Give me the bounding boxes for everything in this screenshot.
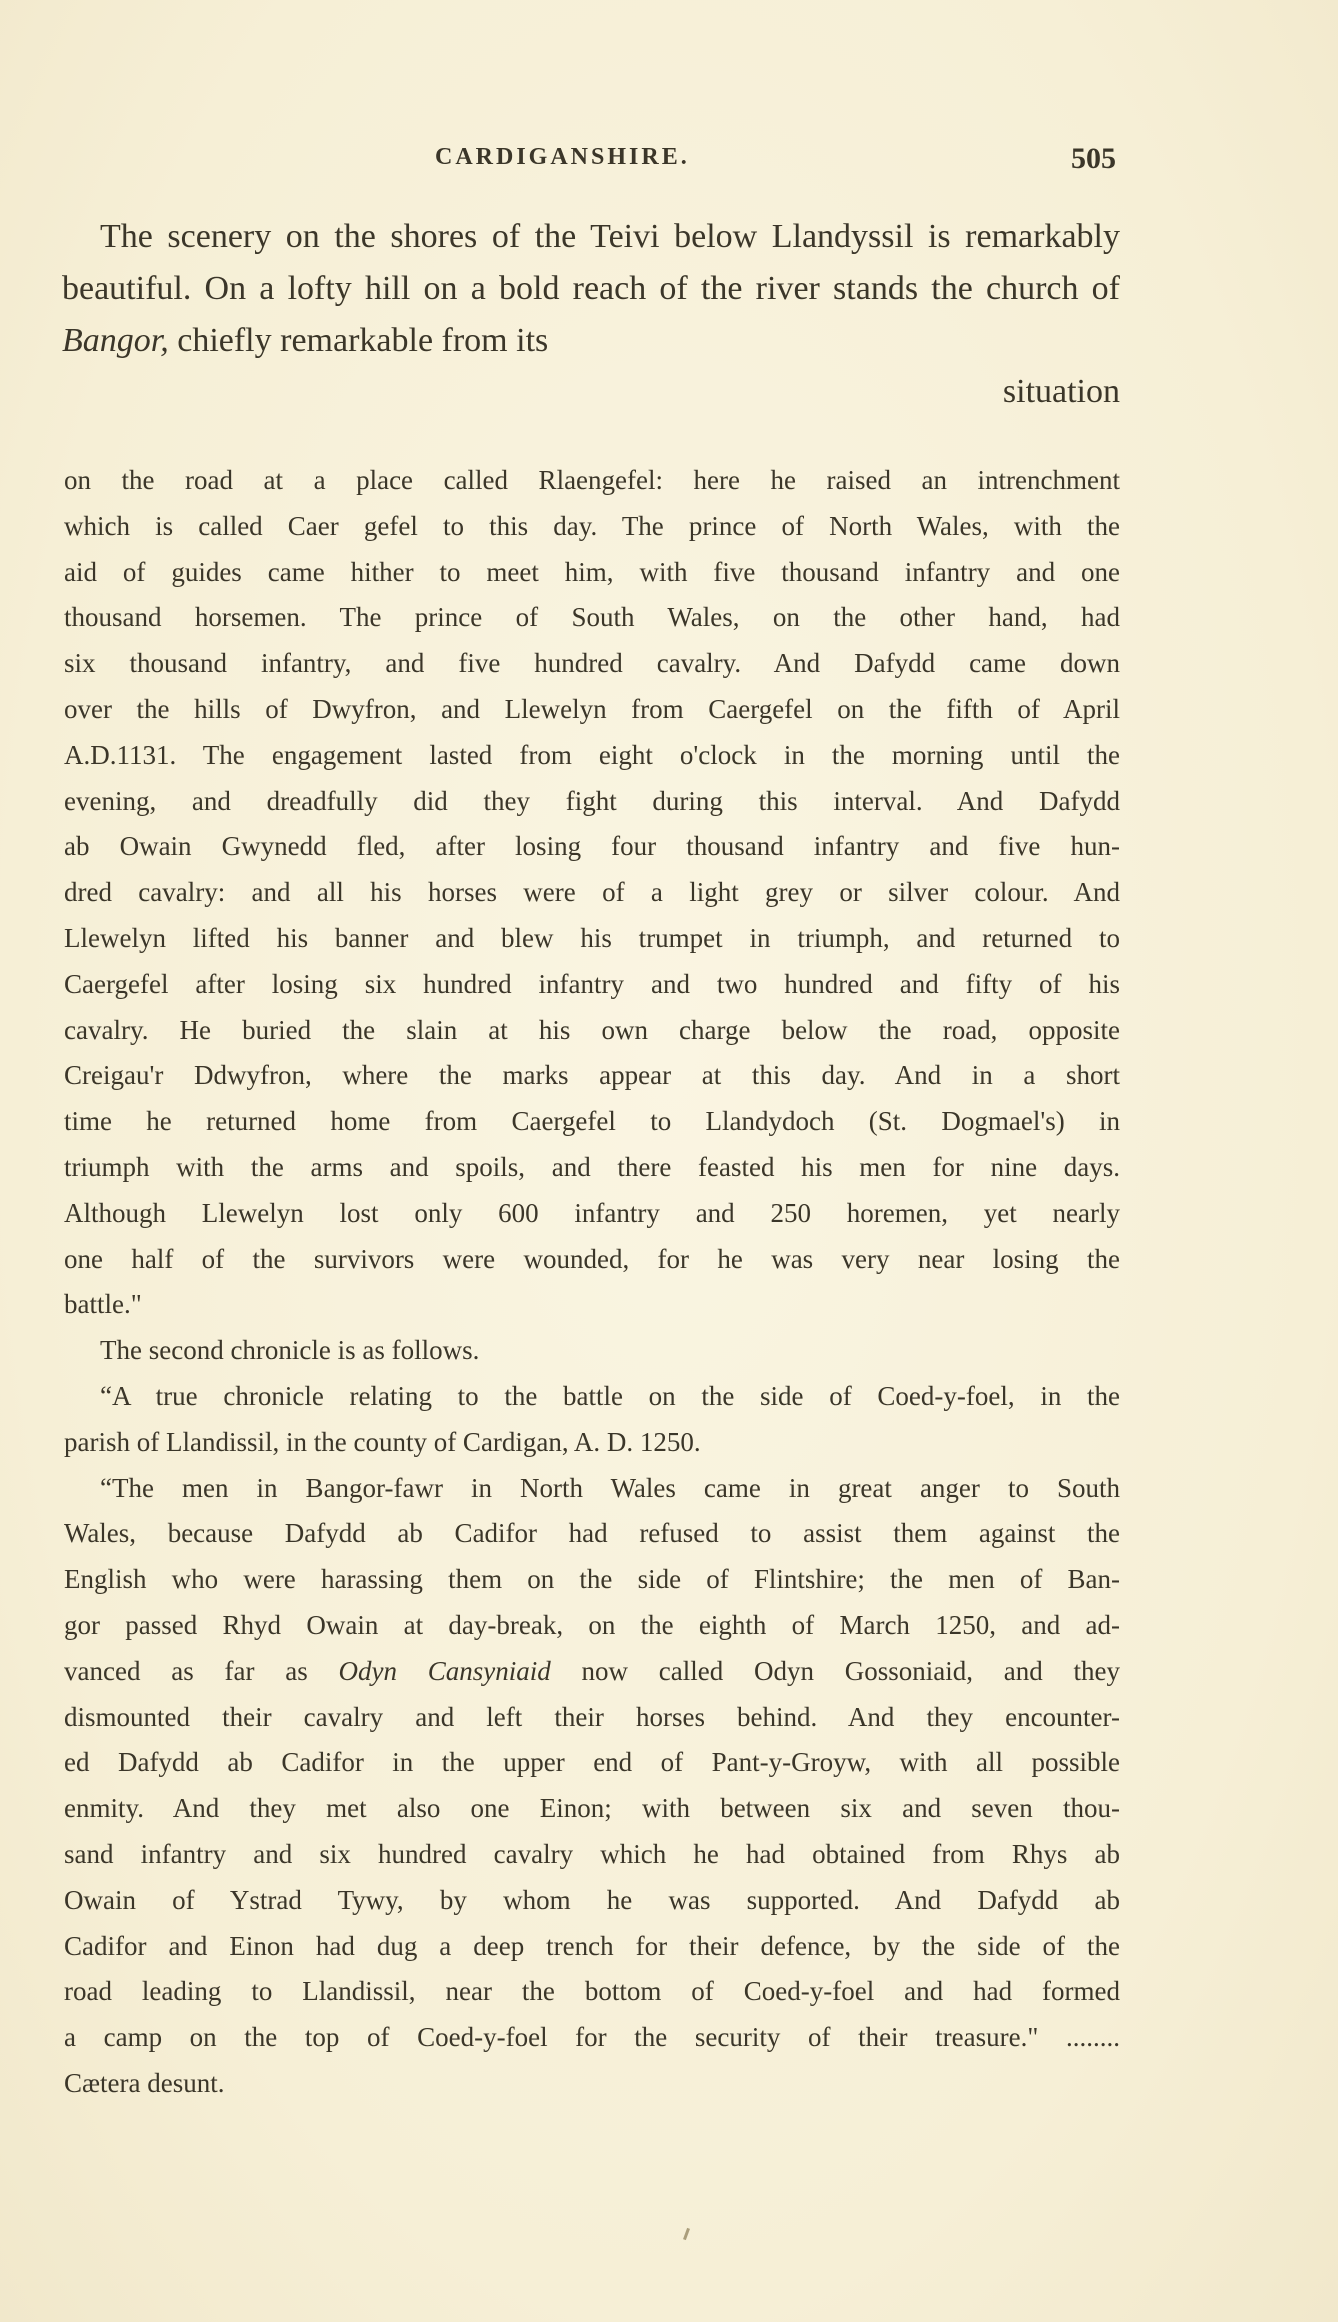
line-text: “The men in Bangor-fawr in North Wales c…: [100, 1473, 1120, 1503]
text-line: aid of guides came hither to meet him, w…: [64, 550, 1120, 596]
lead-text-end: chiefly remarkable from its: [169, 322, 549, 359]
text-line: evening, and dreadfully did they fight d…: [64, 779, 1120, 825]
line-text: ab Owain Gwynedd fled, after losing four…: [64, 831, 1120, 861]
text-line: Wales, because Dafydd ab Cadifor had ref…: [64, 1511, 1120, 1557]
line-text: one half of the survivors were wounded, …: [64, 1244, 1120, 1274]
line-text: Cadifor and Einon had dug a deep trench …: [64, 1931, 1120, 1961]
line-text: Cætera desunt.: [64, 2068, 224, 2098]
lead-italic-place: Bangor,: [62, 322, 169, 359]
line-text: “A true chronicle relating to the battle…: [100, 1381, 1120, 1411]
line-text: Llewelyn lifted his banner and blew his …: [64, 923, 1120, 953]
lead-paragraph-tail: situation: [62, 366, 1120, 418]
text-line: a camp on the top of Coed-y-foel for the…: [64, 2015, 1120, 2061]
line-text: Although Llewelyn lost only 600 infantry…: [64, 1198, 1120, 1228]
line-text: The second chronicle is as follows.: [100, 1335, 479, 1365]
text-line: cavalry. He buried the slain at his own …: [64, 1008, 1120, 1054]
text-line: Although Llewelyn lost only 600 infantry…: [64, 1191, 1120, 1237]
text-line: Cætera desunt.: [64, 2061, 1120, 2107]
lead-text: The scenery on the shores of the Teivi b…: [62, 218, 1120, 307]
line-text: aid of guides came hither to meet him, w…: [64, 557, 1120, 587]
line-text: triumph with the arms and spoils, and th…: [64, 1152, 1120, 1182]
text-line: vanced as far as Odyn Cansyniaid now cal…: [64, 1649, 1120, 1695]
line-text: dred cavalry: and all his horses were of…: [64, 877, 1120, 907]
line-text: battle.": [64, 1289, 142, 1319]
text-line: triumph with the arms and spoils, and th…: [64, 1145, 1120, 1191]
line-text: sand infantry and six hundred cavalry wh…: [64, 1839, 1120, 1869]
text-line: English who were harassing them on the s…: [64, 1557, 1120, 1603]
line-text: Creigau'r Ddwyfron, where the marks appe…: [64, 1060, 1120, 1090]
line-text-after: now called Odyn Gossoniaid, and they: [551, 1656, 1120, 1686]
line-text: Caergefel after losing six hundred infan…: [64, 969, 1120, 999]
line-text: parish of Llandissil, in the county of C…: [64, 1427, 701, 1457]
text-line: “A true chronicle relating to the battle…: [64, 1374, 1120, 1420]
text-line: over the hills of Dwyfron, and Llewelyn …: [64, 687, 1120, 733]
text-line: The second chronicle is as follows.: [64, 1328, 1120, 1374]
running-title: CARDIGANSHIRE.: [435, 144, 690, 171]
line-text: six thousand infantry, and five hundred …: [64, 648, 1120, 678]
text-line: thousand horsemen. The prince of South W…: [64, 595, 1120, 641]
line-text: vanced as far as: [64, 1656, 338, 1686]
line-text: which is called Caer gefel to this day. …: [64, 511, 1120, 541]
line-text: English who were harassing them on the s…: [64, 1564, 1120, 1594]
text-line: six thousand infantry, and five hundred …: [64, 641, 1120, 687]
text-line: parish of Llandissil, in the county of C…: [64, 1420, 1120, 1466]
text-line: ed Dafydd ab Cadifor in the upper end of…: [64, 1740, 1120, 1786]
text-line: Caergefel after losing six hundred infan…: [64, 962, 1120, 1008]
line-text: A.D.1131. The engagement lasted from eig…: [64, 740, 1120, 770]
line-text: over the hills of Dwyfron, and Llewelyn …: [64, 694, 1120, 724]
body-text: on the road at a place called Rlaengefel…: [64, 458, 1120, 2107]
line-text: evening, and dreadfully did they fight d…: [64, 786, 1120, 816]
text-line: sand infantry and six hundred cavalry wh…: [64, 1832, 1120, 1878]
text-line: road leading to Llandissil, near the bot…: [64, 1969, 1120, 2015]
text-line: gor passed Rhyd Owain at day-break, on t…: [64, 1603, 1120, 1649]
text-line: one half of the survivors were wounded, …: [64, 1237, 1120, 1283]
text-line: dred cavalry: and all his horses were of…: [64, 870, 1120, 916]
line-text: gor passed Rhyd Owain at day-break, on t…: [64, 1610, 1120, 1640]
line-text: road leading to Llandissil, near the bot…: [64, 1976, 1120, 2006]
text-line: A.D.1131. The engagement lasted from eig…: [64, 733, 1120, 779]
paper-blemish: [683, 2228, 690, 2240]
line-text: time he returned home from Caergefel to …: [64, 1106, 1120, 1136]
lead-paragraph: The scenery on the shores of the Teivi b…: [62, 211, 1120, 367]
text-line: battle.": [64, 1282, 1120, 1328]
text-line: ab Owain Gwynedd fled, after losing four…: [64, 824, 1120, 870]
line-text: on the road at a place called Rlaengefel…: [64, 465, 1120, 495]
line-text: cavalry. He buried the slain at his own …: [64, 1015, 1120, 1045]
page-number: 505: [1071, 142, 1116, 176]
text-line: which is called Caer gefel to this day. …: [64, 504, 1120, 550]
text-line: Creigau'r Ddwyfron, where the marks appe…: [64, 1053, 1120, 1099]
italic-place-name: Odyn Cansyniaid: [338, 1656, 550, 1686]
text-line: Cadifor and Einon had dug a deep trench …: [64, 1924, 1120, 1970]
text-line: time he returned home from Caergefel to …: [64, 1099, 1120, 1145]
line-text: ed Dafydd ab Cadifor in the upper end of…: [64, 1747, 1120, 1777]
line-text: Owain of Ystrad Tywy, by whom he was sup…: [64, 1885, 1120, 1915]
running-head: CARDIGANSHIRE. 505: [62, 144, 1120, 178]
line-text: a camp on the top of Coed-y-foel for the…: [64, 2022, 1120, 2052]
text-line: enmity. And they met also one Einon; wit…: [64, 1786, 1120, 1832]
text-line: dismounted their cavalry and left their …: [64, 1695, 1120, 1741]
text-line: on the road at a place called Rlaengefel…: [64, 458, 1120, 504]
text-line: “The men in Bangor-fawr in North Wales c…: [64, 1466, 1120, 1512]
line-text: dismounted their cavalry and left their …: [64, 1702, 1120, 1732]
line-text: thousand horsemen. The prince of South W…: [64, 602, 1120, 632]
line-text: Wales, because Dafydd ab Cadifor had ref…: [64, 1518, 1120, 1548]
text-line: Llewelyn lifted his banner and blew his …: [64, 916, 1120, 962]
book-page: CARDIGANSHIRE. 505 The scenery on the sh…: [0, 0, 1338, 2322]
line-text: enmity. And they met also one Einon; wit…: [64, 1793, 1120, 1823]
text-line: Owain of Ystrad Tywy, by whom he was sup…: [64, 1878, 1120, 1924]
